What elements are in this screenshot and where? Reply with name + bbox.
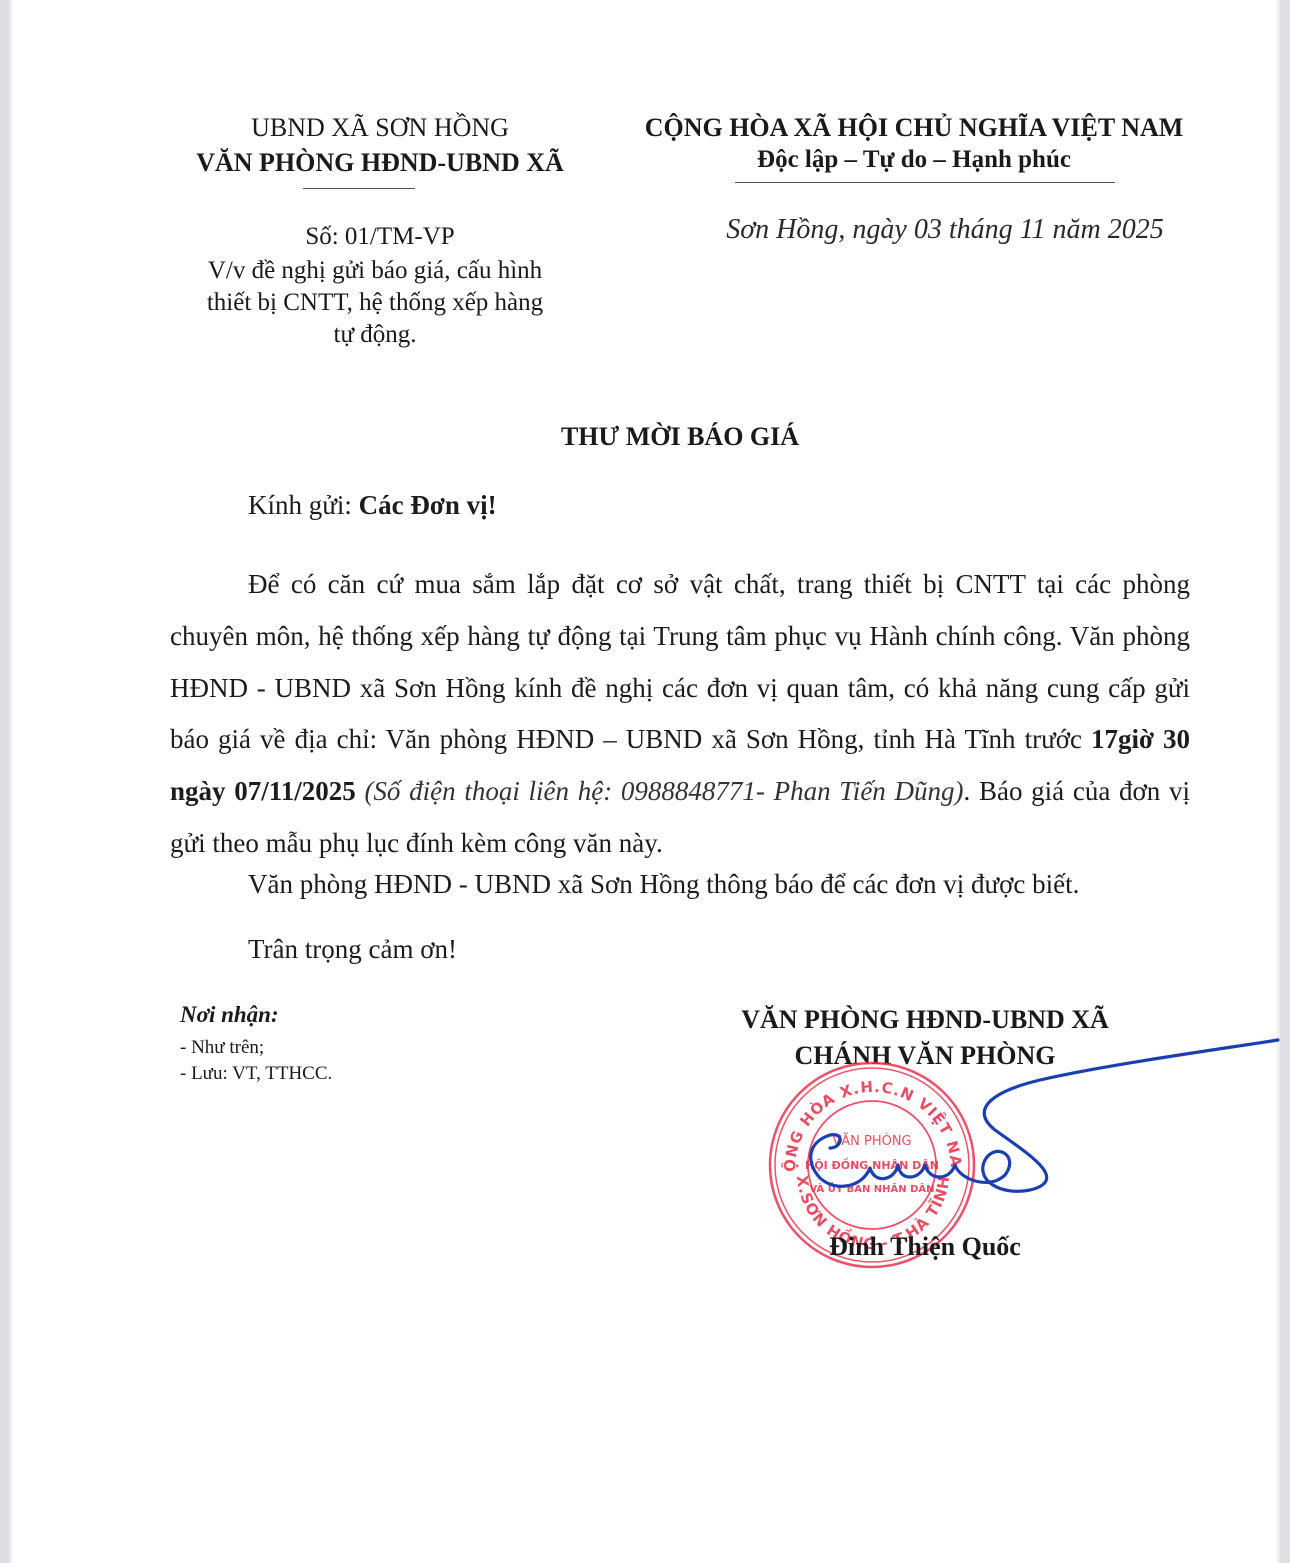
parent-organization: UBND XÃ SƠN HỒNG bbox=[160, 113, 600, 143]
greeting-prefix: Kính gửi: bbox=[248, 490, 359, 520]
contact-info: (Số điện thoại liên hệ: 0988848771- Phan… bbox=[364, 776, 963, 806]
notification-sentence: Văn phòng HĐND - UBND xã Sơn Hồng thông … bbox=[248, 869, 1079, 900]
issuing-organization: VĂN PHÒNG HĐND-UBND XÃ bbox=[160, 148, 600, 178]
national-title: CỘNG HÒA XÃ HỘI CHỦ NGHĨA VIỆT NAM bbox=[600, 113, 1228, 143]
recipient-item: - Như trên; bbox=[180, 1037, 264, 1059]
document-subject: V/v đề nghị gửi báo giá, cấu hình thiết … bbox=[175, 255, 575, 351]
recipient-item: - Lưu: VT, TTHCC. bbox=[180, 1063, 332, 1085]
signer-name: Đinh Thiện Quốc bbox=[690, 1232, 1160, 1262]
body-text-part1: Để có căn cứ mua sắm lắp đặt cơ sở vật c… bbox=[170, 569, 1190, 754]
header-left-divider bbox=[303, 188, 415, 189]
greeting: Kính gửi: Các Đơn vị! bbox=[248, 490, 497, 521]
document-number: Số: 01/TM-VP bbox=[160, 223, 600, 251]
document-title: THƯ MỜI BÁO GIÁ bbox=[160, 422, 1200, 452]
closing-thanks: Trân trọng cảm ơn! bbox=[248, 934, 457, 965]
greeting-recipient: Các Đơn vị! bbox=[359, 490, 497, 520]
header-right-divider bbox=[735, 182, 1115, 183]
subject-line: thiết bị CNTT, hệ thống xếp hàng bbox=[175, 287, 575, 319]
place-and-date: Sơn Hồng, ngày 03 tháng 11 năm 2025 bbox=[600, 214, 1290, 246]
recipients-title: Nơi nhận: bbox=[180, 1002, 279, 1028]
body-paragraph: Để có căn cứ mua sắm lắp đặt cơ sở vật c… bbox=[170, 559, 1190, 870]
subject-line: V/v đề nghị gửi báo giá, cấu hình bbox=[175, 255, 575, 287]
national-motto: Độc lập – Tự do – Hạnh phúc bbox=[600, 146, 1228, 174]
page-edge-left bbox=[0, 0, 9, 1563]
subject-line: tự động. bbox=[175, 319, 575, 351]
handwritten-signature-icon bbox=[800, 1030, 1290, 1200]
